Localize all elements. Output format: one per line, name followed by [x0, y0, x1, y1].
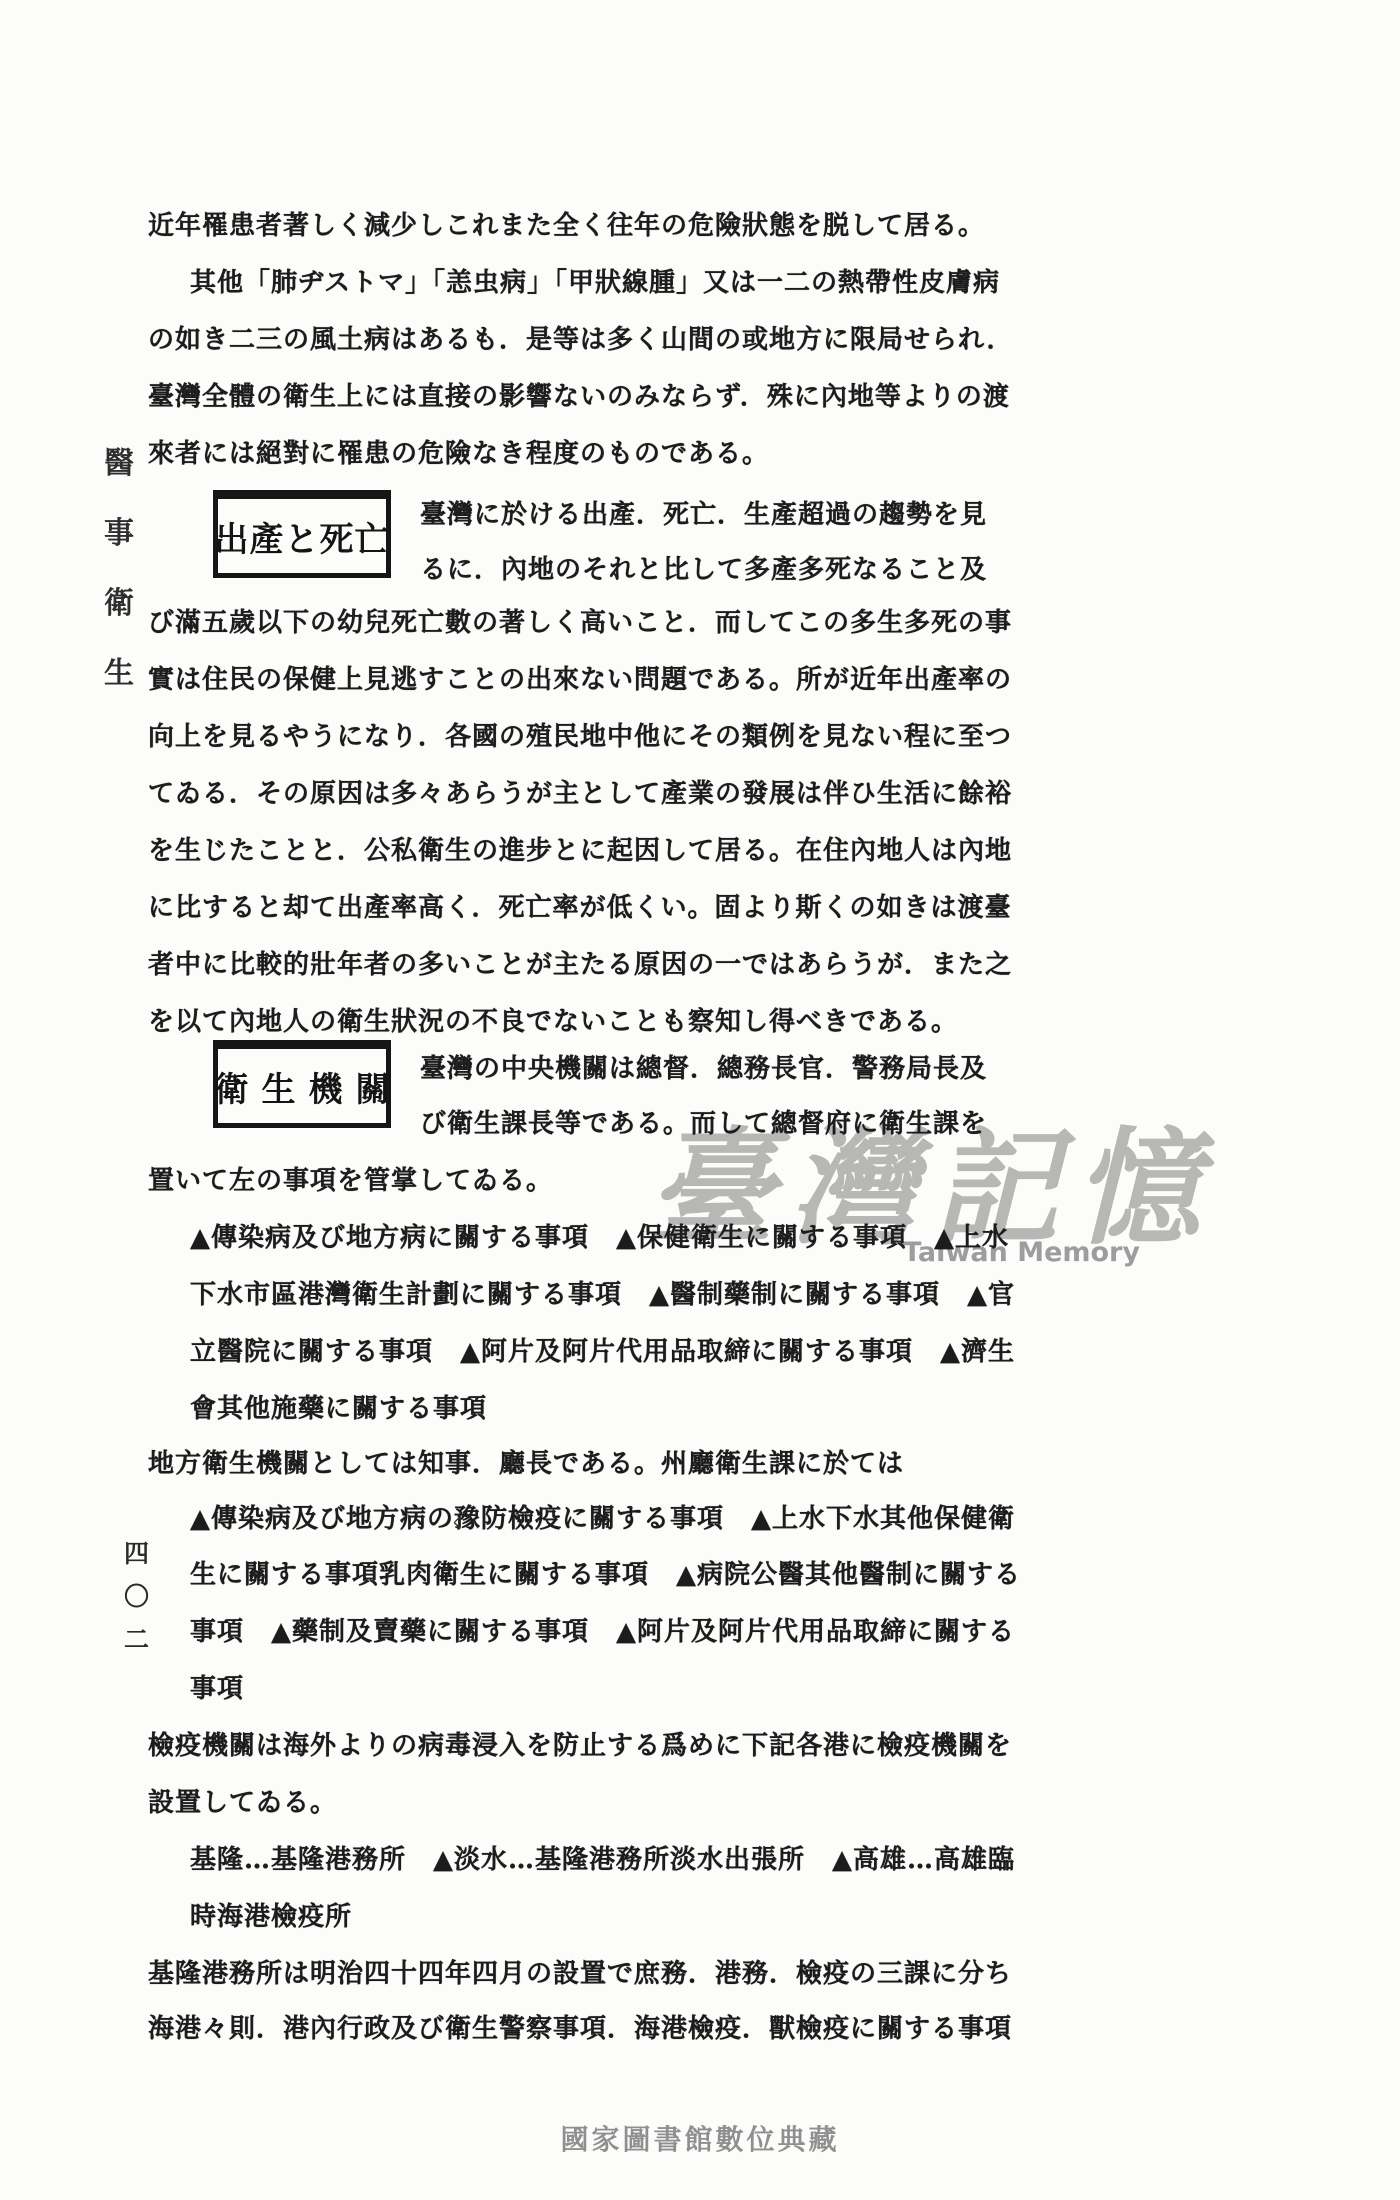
text-line: を以て內地人の衛生狀況の不良でないことも察知し得べきである。 — [148, 1001, 958, 1038]
text-line: 會其他施藥に關する事項 — [190, 1388, 487, 1425]
text-line: を生じたことと．公私衛生の進步とに起因して居る。在住內地人は內地 — [148, 830, 1012, 867]
text-line: ▲傳染病及び地方病に關する事項 ▲保健衛生に關する事項 ▲上水 — [190, 1217, 1009, 1254]
text-line: び衛生課長等である。而して總督府に衛生課を — [420, 1103, 987, 1140]
text-line: 下水市區港灣衛生計劃に關する事項 ▲醫制藥制に關する事項 ▲官 — [190, 1274, 1015, 1311]
page-number-char: 〇 — [124, 1577, 149, 1613]
text-line: 海港々則．港內行政及び衛生警察事項．海港檢疫．獸檢疫に關する事項 — [148, 2008, 1012, 2045]
text-line: 立醫院に關する事項 ▲阿片及阿片代用品取締に關する事項 ▲濟生 — [190, 1331, 1015, 1368]
text-line: 臺灣に於ける出產．死亡．生產超過の趨勢を見 — [420, 494, 987, 531]
text-line: 臺灣の中央機關は總督．總務長官．警務局長及 — [420, 1048, 987, 1085]
page-number-char: 四 — [124, 1534, 149, 1570]
margin-label-char: 醫 — [104, 438, 134, 482]
text-line: 置いて左の事項を管掌してゐる。 — [148, 1160, 553, 1197]
text-line: 設置してゐる。 — [148, 1782, 337, 1819]
section-heading-label: 出產と死亡 — [215, 512, 390, 561]
text-line: 近年罹患者著しく減少しこれまた全く往年の危險狀態を脱して居る。 — [148, 205, 985, 242]
text-line: 基隆港務所は明治四十四年四月の設置で庶務．港務．檢疫の三課に分ち — [148, 1953, 1012, 1990]
text-line: 來者には絕對に罹患の危險なき程度のものである。 — [148, 433, 769, 470]
margin-label-char: 事 — [104, 508, 134, 552]
handwritten-correction-mark: く — [450, 1512, 465, 1533]
library-footer-caption: 國家圖書館數位典藏 — [0, 2118, 1400, 2158]
text-line: 臺灣全體の衛生上には直接の影響ないのみならず．殊に內地等よりの渡 — [148, 376, 1010, 413]
margin-label-char: 生 — [104, 648, 134, 692]
scanned-document-page: 醫 事 衛 生 四 〇 二 臺灣記憶 Taiwan Memory 出產と死亡 衛… — [0, 0, 1400, 2200]
text-line: 基隆…基隆港務所 ▲淡水…基隆港務所淡水出張所 ▲高雄…高雄臨 — [190, 1839, 1015, 1876]
text-line: び滿五歲以下の幼兒死亡數の著しく高いこと．而してこの多生多死の事 — [148, 602, 1012, 639]
margin-label-char: 衛 — [104, 578, 134, 622]
text-line: 事項 — [190, 1668, 244, 1705]
text-line: に比すると却て出產率高く．死亡率が低くい。固より斯くの如きは渡臺 — [148, 887, 1011, 924]
text-line: の如き二三の風土病はあるも．是等は多く山間の或地方に限局せられ． — [148, 319, 1014, 356]
text-line: 實は住民の保健上見逃すことの出來ない問題である。所が近年出產率の — [148, 659, 1012, 696]
text-line: てゐる．その原因は多々あらうが主として產業の發展は伴ひ生活に餘裕 — [148, 773, 1012, 810]
text-line: 事項 ▲藥制及賣藥に關する事項 ▲阿片及阿片代用品取締に關する — [190, 1611, 1015, 1648]
text-line: 者中に比較的壯年者の多いことが主たる原因の一ではあらうが．また之 — [148, 944, 1012, 981]
section-heading-box-health-organs: 衛生機關 — [213, 1040, 391, 1128]
page-number-char: 二 — [124, 1620, 149, 1656]
text-line: るに．內地のそれと比して多產多死なること及 — [420, 549, 987, 586]
section-heading-label: 衛生機關 — [215, 1062, 403, 1111]
text-line: 檢疫機關は海外よりの病毒浸入を防止する爲めに下記各港に檢疫機關を — [148, 1725, 1012, 1762]
text-line: 向上を見るやうになり．各國の殖民地中他にその類例を見ない程に至つ — [148, 716, 1012, 753]
margin-section-label: 醫 事 衛 生 — [104, 438, 134, 692]
text-line: 地方衛生機關としては知事．廳長である。州廳衛生課に於ては — [148, 1443, 904, 1480]
text-line: 其他「肺ヂストマ」「恙虫病」「甲狀線腫」又は一二の熱帶性皮膚病 — [190, 262, 1000, 299]
text-line: 時海港檢疫所 — [190, 1896, 352, 1933]
text-line: 生に關する事項乳肉衛生に關する事項 ▲病院公醫其他醫制に關する — [190, 1554, 1021, 1591]
page-number: 四 〇 二 — [124, 1534, 149, 1656]
section-heading-box-birth-and-death: 出產と死亡 — [213, 490, 391, 578]
text-line: ▲傳染病及び地方病の豫防檢疫に關する事項 ▲上水下水其他保健衛 — [190, 1498, 1015, 1535]
